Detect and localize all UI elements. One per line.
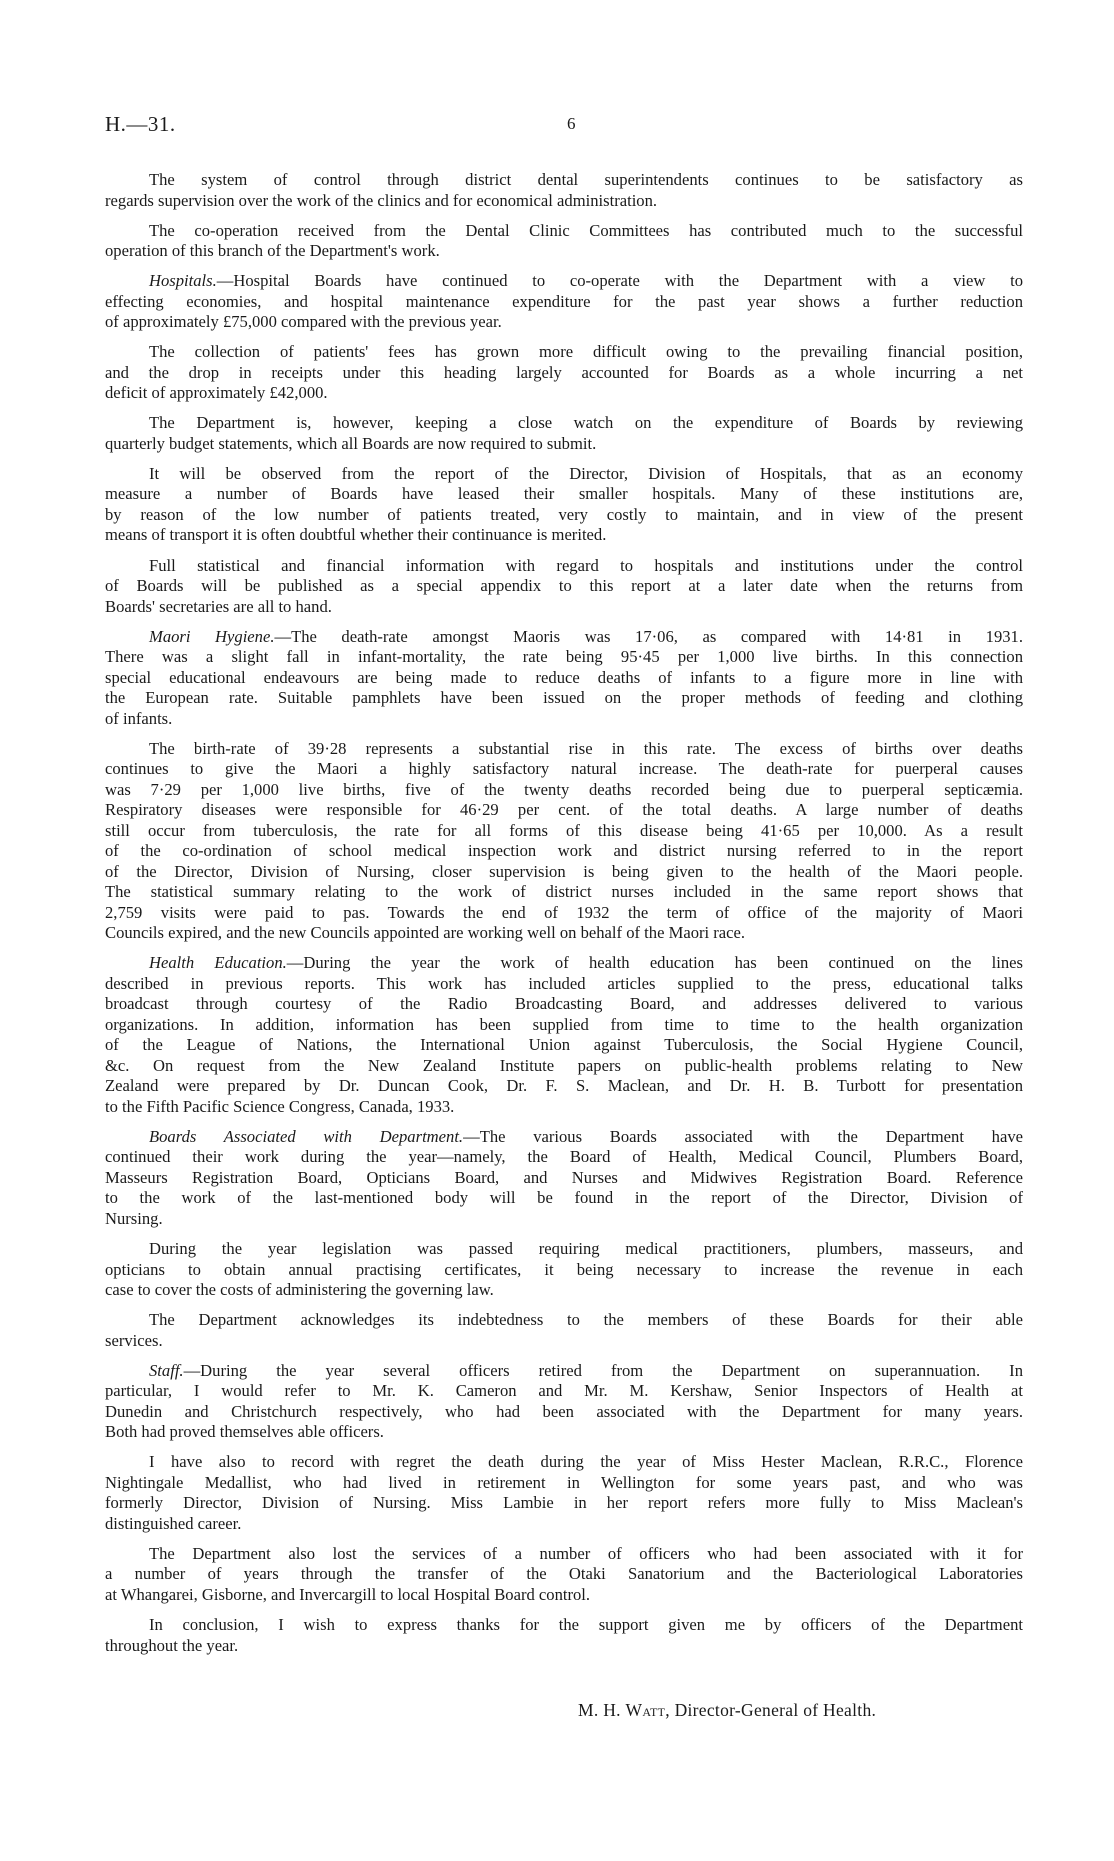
line-text: &c. On request from the New Zealand Inst… [105, 1056, 1023, 1075]
text-line: Respiratory diseases were responsible fo… [105, 800, 1023, 821]
line-text: of the co-ordination of school medical i… [105, 841, 1023, 860]
text-line: continues to give the Maori a highly sat… [105, 759, 1023, 780]
text-line: effecting economies, and hospital mainte… [105, 292, 1023, 313]
text-line: Nursing. [105, 1209, 1023, 1230]
text-line: Boards Associated with Department.—The v… [105, 1127, 1023, 1148]
text-line: operation of this branch of the Departme… [105, 241, 1023, 262]
text-line: of Boards will be published as a special… [105, 576, 1023, 597]
line-text: Respiratory diseases were responsible fo… [105, 800, 1023, 819]
paragraph: During the year legislation was passed r… [105, 1239, 1023, 1301]
line-text: Full statistical and financial informati… [149, 556, 1023, 575]
text-line: Masseurs Registration Board, Opticians B… [105, 1168, 1023, 1189]
line-text: was 7·29 per 1,000 live births, five of … [105, 780, 1023, 799]
text-line: Both had proved themselves able officers… [105, 1422, 1023, 1443]
signature: M. H. Watt, Director-General of Health. [578, 1700, 876, 1721]
line-text: Boards' secretaries are all to hand. [105, 597, 332, 616]
line-text: Both had proved themselves able officers… [105, 1422, 384, 1441]
line-text: 2,759 visits were paid to pas. Towards t… [105, 903, 1023, 922]
line-text: to the Fifth Pacific Science Congress, C… [105, 1097, 454, 1116]
text-line: of the League of Nations, the Internatio… [105, 1035, 1023, 1056]
line-text: Dunedin and Christchurch respectively, w… [105, 1402, 1023, 1421]
paragraph: The Department acknowledges its indebted… [105, 1310, 1023, 1351]
paragraph: Full statistical and financial informati… [105, 556, 1023, 618]
text-line: of the Director, Division of Nursing, cl… [105, 862, 1023, 883]
line-text: —During the year the work of health educ… [287, 953, 1023, 972]
paragraph: The Department also lost the services of… [105, 1544, 1023, 1606]
line-text: Councils expired, and the new Councils a… [105, 923, 745, 942]
line-text: —During the year several officers retire… [184, 1361, 1023, 1380]
signature-title: , Director-General of Health. [665, 1700, 876, 1720]
text-line: The system of control through district d… [105, 170, 1023, 191]
paragraph: Health Education.—During the year the wo… [105, 953, 1023, 1117]
line-text: —The various Boards associated with the … [463, 1127, 1023, 1146]
text-line: The statistical summary relating to the … [105, 882, 1023, 903]
line-text: the European rate. Suitable pamphlets ha… [105, 688, 1023, 707]
line-text: The Department acknowledges its indebted… [149, 1310, 1023, 1329]
text-line: at Whangarei, Gisborne, and Invercargill… [105, 1585, 1023, 1606]
text-line: The Department also lost the services of… [105, 1544, 1023, 1565]
text-line: The collection of patients' fees has gro… [105, 342, 1023, 363]
line-text: The co-operation received from the Denta… [149, 221, 1023, 240]
line-text: means of transport it is often doubtful … [105, 525, 606, 544]
line-text: case to cover the costs of administering… [105, 1280, 494, 1299]
section-heading: Health Education. [149, 953, 287, 972]
text-line: a number of years through the transfer o… [105, 1564, 1023, 1585]
line-text: described in previous reports. This work… [105, 974, 1023, 993]
paragraph: Staff.—During the year several officers … [105, 1361, 1023, 1443]
line-text: opticians to obtain annual practising ce… [105, 1260, 1023, 1279]
paragraph: In conclusion, I wish to express thanks … [105, 1615, 1023, 1656]
text-line: Dunedin and Christchurch respectively, w… [105, 1402, 1023, 1423]
text-line: There was a slight fall in infant-mortal… [105, 647, 1023, 668]
text-line: The Department acknowledges its indebted… [105, 1310, 1023, 1331]
section-heading: Hospitals. [149, 271, 217, 290]
line-text: organizations. In addition, information … [105, 1015, 1023, 1034]
line-text: Nightingale Medallist, who had lived in … [105, 1473, 1023, 1492]
line-text: The system of control through district d… [149, 170, 1023, 189]
text-line: of infants. [105, 709, 1023, 730]
text-line: organizations. In addition, information … [105, 1015, 1023, 1036]
text-line: particular, I would refer to Mr. K. Came… [105, 1381, 1023, 1402]
text-line: the European rate. Suitable pamphlets ha… [105, 688, 1023, 709]
line-text: The birth-rate of 39·28 represents a sub… [149, 739, 1023, 758]
line-text: The collection of patients' fees has gro… [149, 342, 1023, 361]
text-line: The co-operation received from the Denta… [105, 221, 1023, 242]
line-text: quarterly budget statements, which all B… [105, 434, 596, 453]
line-text: special educational endeavours are being… [105, 668, 1023, 687]
paragraph: It will be observed from the report of t… [105, 464, 1023, 546]
line-text: of the League of Nations, the Internatio… [105, 1035, 1023, 1054]
paragraph: Maori Hygiene.—The death-rate amongst Ma… [105, 627, 1023, 730]
line-text: of Boards will be published as a special… [105, 576, 1023, 595]
line-text: —Hospital Boards have continued to co-op… [217, 271, 1023, 290]
section-heading: Staff. [149, 1361, 184, 1380]
paragraph: The birth-rate of 39·28 represents a sub… [105, 739, 1023, 944]
line-text: effecting economies, and hospital mainte… [105, 292, 1023, 311]
text-line: I have also to record with regret the de… [105, 1452, 1023, 1473]
text-line: quarterly budget statements, which all B… [105, 434, 1023, 455]
report-body: The system of control through district d… [105, 170, 1023, 1666]
text-line: continued their work during the year—nam… [105, 1147, 1023, 1168]
paragraph: The co-operation received from the Denta… [105, 221, 1023, 262]
text-line: and the drop in receipts under this head… [105, 363, 1023, 384]
text-line: 2,759 visits were paid to pas. Towards t… [105, 903, 1023, 924]
text-line: throughout the year. [105, 1636, 1023, 1657]
page-number: 6 [567, 114, 576, 134]
text-line: was 7·29 per 1,000 live births, five of … [105, 780, 1023, 801]
line-text: of infants. [105, 709, 172, 728]
paragraph: Hospitals.—Hospital Boards have continue… [105, 271, 1023, 333]
text-line: to the work of the last-mentioned body w… [105, 1188, 1023, 1209]
text-line: The birth-rate of 39·28 represents a sub… [105, 739, 1023, 760]
line-text: regards supervision over the work of the… [105, 191, 657, 210]
page-header: H.—31. 6 [105, 112, 1023, 138]
line-text: operation of this branch of the Departme… [105, 241, 440, 260]
line-text: There was a slight fall in infant-mortal… [105, 647, 1023, 666]
line-text: —The death-rate amongst Maoris was 17·06… [274, 627, 1023, 646]
text-line: still occur from tuberculosis, the rate … [105, 821, 1023, 842]
text-line: services. [105, 1331, 1023, 1352]
line-text: still occur from tuberculosis, the rate … [105, 821, 1023, 840]
text-line: Zealand were prepared by Dr. Duncan Cook… [105, 1076, 1023, 1097]
text-line: Health Education.—During the year the wo… [105, 953, 1023, 974]
line-text: formerly Director, Division of Nursing. … [105, 1493, 1023, 1512]
text-line: of the co-ordination of school medical i… [105, 841, 1023, 862]
text-line: special educational endeavours are being… [105, 668, 1023, 689]
text-line: broadcast through courtesy of the Radio … [105, 994, 1023, 1015]
text-line: During the year legislation was passed r… [105, 1239, 1023, 1260]
text-line: formerly Director, Division of Nursing. … [105, 1493, 1023, 1514]
text-line: Maori Hygiene.—The death-rate amongst Ma… [105, 627, 1023, 648]
line-text: Masseurs Registration Board, Opticians B… [105, 1168, 1023, 1187]
text-line: means of transport it is often doubtful … [105, 525, 1023, 546]
line-text: continued their work during the year—nam… [105, 1147, 1023, 1166]
line-text: It will be observed from the report of t… [149, 464, 1023, 483]
text-line: Hospitals.—Hospital Boards have continue… [105, 271, 1023, 292]
text-line: deficit of approximately £42,000. [105, 383, 1023, 404]
line-text: In conclusion, I wish to express thanks … [149, 1615, 1023, 1634]
paragraph: Boards Associated with Department.—The v… [105, 1127, 1023, 1230]
line-text: continues to give the Maori a highly sat… [105, 759, 1023, 778]
text-line: distinguished career. [105, 1514, 1023, 1535]
paragraph: I have also to record with regret the de… [105, 1452, 1023, 1534]
line-text: Nursing. [105, 1209, 163, 1228]
text-line: to the Fifth Pacific Science Congress, C… [105, 1097, 1023, 1118]
text-line: described in previous reports. This work… [105, 974, 1023, 995]
line-text: I have also to record with regret the de… [149, 1452, 1023, 1471]
text-line: case to cover the costs of administering… [105, 1280, 1023, 1301]
text-line: &c. On request from the New Zealand Inst… [105, 1056, 1023, 1077]
line-text: The Department is, however, keeping a cl… [149, 413, 1023, 432]
signature-surname: Watt [626, 1700, 666, 1720]
text-line: regards supervision over the work of the… [105, 191, 1023, 212]
line-text: services. [105, 1331, 163, 1350]
section-heading: Maori Hygiene. [149, 627, 274, 646]
signature-initials: M. H. [578, 1700, 626, 1720]
text-line: measure a number of Boards have leased t… [105, 484, 1023, 505]
text-line: of approximately £75,000 compared with t… [105, 312, 1023, 333]
line-text: throughout the year. [105, 1636, 238, 1655]
paragraph: The system of control through district d… [105, 170, 1023, 211]
line-text: Zealand were prepared by Dr. Duncan Cook… [105, 1076, 1023, 1095]
line-text: distinguished career. [105, 1514, 241, 1533]
line-text: measure a number of Boards have leased t… [105, 484, 1023, 503]
document-reference: H.—31. [105, 112, 176, 137]
line-text: of the Director, Division of Nursing, cl… [105, 862, 1023, 881]
line-text: deficit of approximately £42,000. [105, 383, 328, 402]
line-text: by reason of the low number of patients … [105, 505, 1023, 524]
line-text: broadcast through courtesy of the Radio … [105, 994, 1023, 1013]
text-line: Boards' secretaries are all to hand. [105, 597, 1023, 618]
line-text: During the year legislation was passed r… [149, 1239, 1023, 1258]
line-text: particular, I would refer to Mr. K. Came… [105, 1381, 1023, 1400]
text-line: Full statistical and financial informati… [105, 556, 1023, 577]
line-text: of approximately £75,000 compared with t… [105, 312, 502, 331]
text-line: by reason of the low number of patients … [105, 505, 1023, 526]
text-line: opticians to obtain annual practising ce… [105, 1260, 1023, 1281]
text-line: Staff.—During the year several officers … [105, 1361, 1023, 1382]
paragraph: The collection of patients' fees has gro… [105, 342, 1023, 404]
paragraph: The Department is, however, keeping a cl… [105, 413, 1023, 454]
text-line: In conclusion, I wish to express thanks … [105, 1615, 1023, 1636]
line-text: to the work of the last-mentioned body w… [105, 1188, 1023, 1207]
line-text: The statistical summary relating to the … [105, 882, 1023, 901]
section-heading: Boards Associated with Department. [149, 1127, 463, 1146]
text-line: The Department is, however, keeping a cl… [105, 413, 1023, 434]
line-text: at Whangarei, Gisborne, and Invercargill… [105, 1585, 590, 1604]
line-text: The Department also lost the services of… [149, 1544, 1023, 1563]
line-text: a number of years through the transfer o… [105, 1564, 1023, 1583]
text-line: Councils expired, and the new Councils a… [105, 923, 1023, 944]
text-line: It will be observed from the report of t… [105, 464, 1023, 485]
line-text: and the drop in receipts under this head… [105, 363, 1023, 382]
text-line: Nightingale Medallist, who had lived in … [105, 1473, 1023, 1494]
